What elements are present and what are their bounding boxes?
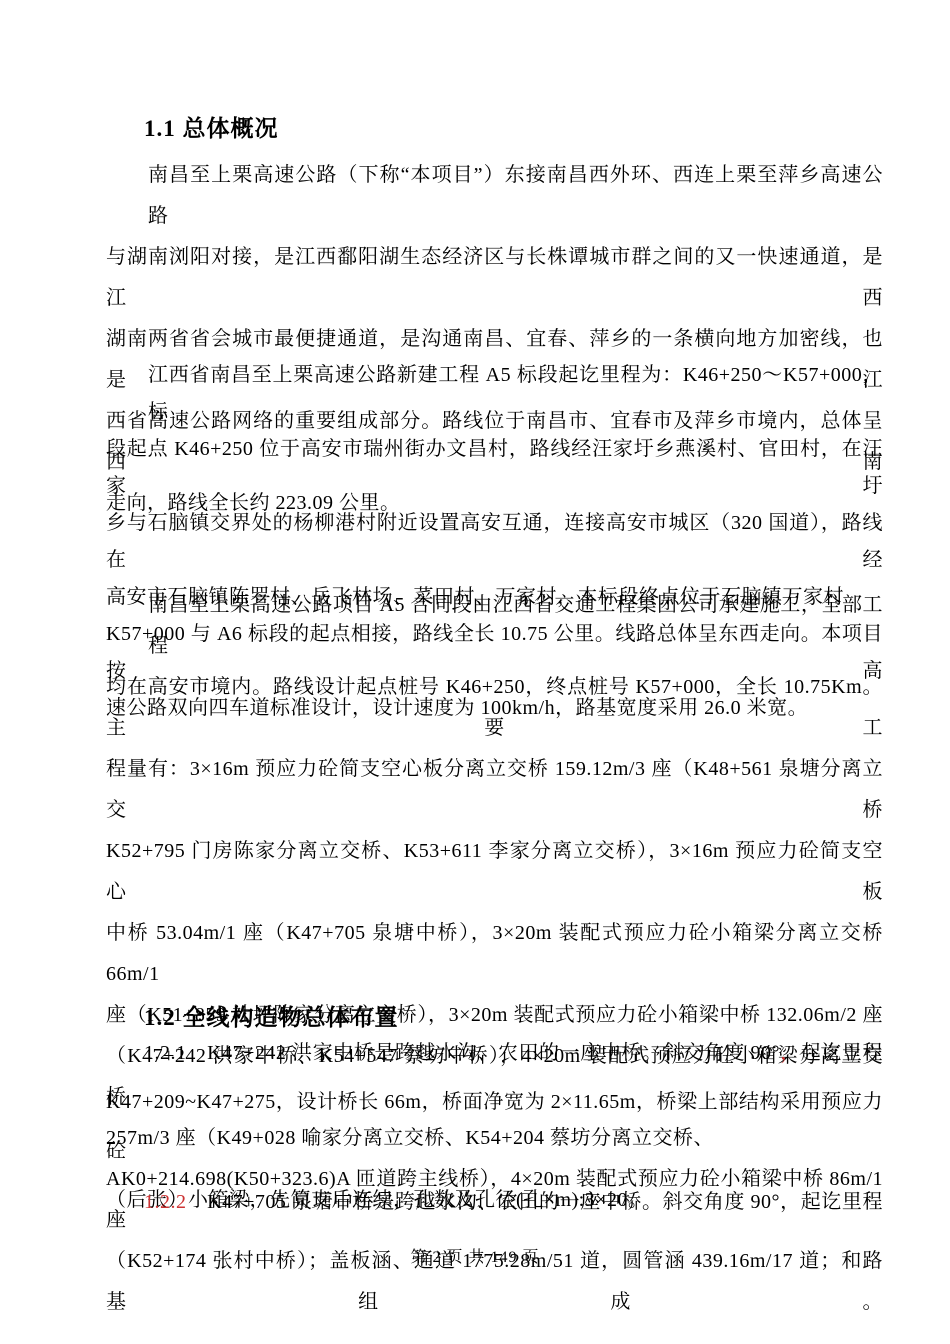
text-line: 1.2.1 K47+242 洪家中桥是跨越水沟、农田的一座中桥。斜交角度 90°…: [106, 1029, 883, 1078]
text-line: K52+795 门房陈家分离立交桥、K53+611 李家分离立交桥），3×16m…: [106, 831, 883, 913]
text-segment: 起讫里程: [801, 1042, 883, 1064]
text-line: 程量有：3×16m 预应力砼简支空心板分离立交桥 159.12m/3 座（K48…: [106, 749, 883, 831]
paragraph-item-1-2-2: 1.2.2 K47+705 泉塘中桥是跨越水沟、农田的一座中桥。斜交角度 90°…: [106, 1178, 883, 1227]
page-number-footer: 第 2 页 共 149 页: [0, 1244, 950, 1267]
text-line: 1.2.2 K47+705 泉塘中桥是跨越水沟、农田的一座中桥。斜交角度 90°…: [106, 1178, 883, 1227]
text-segment: K47+705 泉塘中桥是跨越水沟、农田的一座中桥。斜交角度 90°，起讫里程: [187, 1191, 884, 1213]
text-line: 与湖南浏阳对接，是江西鄱阳湖生态经济区与长株谭城市群之间的又一快速通道，是江西: [106, 237, 883, 319]
red-comma-text: ，: [780, 1042, 801, 1064]
text-line: 南昌至上栗高速公路项目 A5 合同段由江西省交通工程集团公司承建施工，全部工程: [106, 585, 883, 667]
document-page: 1.1 总体概况 南昌至上栗高速公路（下称“本项目”）东接南昌西外环、西连上栗至…: [0, 0, 950, 1344]
section-1-1-heading: 1.1 总体概况: [106, 114, 921, 144]
text-line: 中桥 53.04m/1 座（K47+705 泉塘中桥），3×20m 装配式预应力…: [106, 913, 883, 995]
text-line: K47+209~K47+275，设计桥长 66m，桥面净宽为 2×11.65m，…: [106, 1078, 883, 1176]
text-segment: 1.2.1 K47+242 洪家中桥是跨越水沟、农田的一座中桥。斜交角度 90°: [144, 1042, 780, 1064]
text-line: 南昌至上栗高速公路（下称“本项目”）东接南昌西外环、西连上栗至萍乡高速公路: [106, 155, 883, 237]
text-line: 乡与石脑镇交界处的杨柳港村附近设置高安互通，连接高安市城区（320 国道），路线…: [106, 505, 883, 579]
text-line: 均在高安市境内。路线设计起点桩号 K46+250，终点桩号 K57+000，全长…: [106, 667, 883, 749]
red-section-number: 1.2.2: [144, 1191, 187, 1213]
text-line: 江西省南昌至上栗高速公路新建工程 A5 标段起讫里程为：K46+250～K57+…: [106, 357, 883, 431]
text-line: 段起点 K46+250 位于高安市瑞州街办文昌村，路线经汪家圩乡燕溪村、官田村，…: [106, 431, 883, 505]
